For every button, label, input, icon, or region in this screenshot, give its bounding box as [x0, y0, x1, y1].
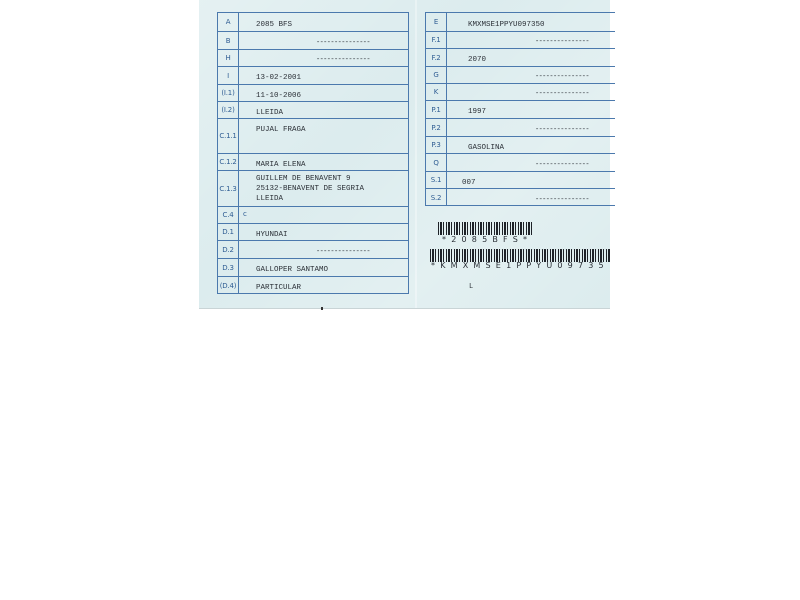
field-code: (I.2)	[218, 102, 239, 118]
field-code: S.1	[426, 172, 447, 188]
field-row-c11: C.1.1PUJAL FRAGA	[218, 119, 408, 154]
field-value: 2085 BFS	[256, 20, 292, 30]
field-code: (I.1)	[218, 85, 239, 101]
field-code: S.2	[426, 189, 447, 206]
plate-barcode-text: *2085BFS*	[442, 235, 532, 244]
field-row-s1: S.1007	[426, 172, 615, 189]
field-code: F.2	[426, 49, 447, 66]
field-value: 007	[462, 178, 476, 188]
field-value: GUILLEM DE BENAVENT 9 25132-BENAVENT DE …	[256, 174, 364, 204]
field-row-c4: C.4c	[218, 207, 408, 224]
field-row-c13: C.1.3GUILLEM DE BENAVENT 9 25132-BENAVEN…	[218, 171, 408, 207]
field-code: D.1	[218, 224, 239, 240]
left-field-table: A2085 BFSB---------------H--------------…	[217, 12, 409, 294]
field-row-p2: P.2---------------	[426, 119, 615, 137]
field-row-p1: P.11997	[426, 101, 615, 119]
field-code: C.1.1	[218, 119, 239, 153]
blank-field-placeholder: ---------------	[316, 39, 370, 47]
footer-mark: L	[469, 283, 473, 291]
field-code: H	[218, 50, 239, 66]
field-value: HYUNDAI	[256, 230, 288, 240]
field-row-h: H---------------	[218, 50, 408, 67]
field-row-g: G---------------	[426, 67, 615, 84]
field-code: P.2	[426, 119, 447, 136]
scan-dot	[321, 307, 323, 310]
field-code: E	[426, 13, 447, 31]
blank-field-placeholder: ---------------	[535, 161, 589, 169]
field-code: A	[218, 13, 239, 31]
field-row-b: B---------------	[218, 32, 408, 50]
field-row-d1: D.1HYUNDAI	[218, 224, 408, 241]
field-row-s2: S.2---------------	[426, 189, 615, 206]
vin-barcode-text: *KMXMSE1PPYU09735	[431, 261, 609, 270]
field-value: MARIA ELENA	[256, 160, 306, 170]
field-code: P.1	[426, 101, 447, 118]
blank-field-placeholder: ---------------	[535, 126, 589, 134]
field-row-a: A2085 BFS	[218, 13, 408, 32]
field-value: GASOLINA	[468, 143, 504, 153]
field-code: Q	[426, 154, 447, 171]
field-code: F.1	[426, 32, 447, 48]
field-row-k: K---------------	[426, 84, 615, 101]
field-code: D.2	[218, 241, 239, 258]
field-code: (D.4)	[218, 277, 239, 294]
field-value: LLEIDA	[256, 108, 283, 118]
field-value: c	[243, 210, 247, 218]
field-row-f1: F.1---------------	[426, 32, 615, 49]
field-row-f2: F.22070	[426, 49, 615, 67]
blank-field-placeholder: ---------------	[316, 248, 370, 256]
field-row-p3: P.3GASOLINA	[426, 137, 615, 154]
field-row-e: EKMXMSE1PPYU097350	[426, 13, 615, 32]
field-value: 2070	[468, 55, 486, 65]
field-code: I	[218, 67, 239, 84]
field-row-c12: C.1.2MARIA ELENA	[218, 154, 408, 171]
field-code: P.3	[426, 137, 447, 153]
field-code: C.1.3	[218, 171, 239, 206]
field-code: G	[426, 67, 447, 83]
field-code: D.3	[218, 259, 239, 276]
field-row-d2: D.2---------------	[218, 241, 408, 259]
field-row-i2: (I.2)LLEIDA	[218, 102, 408, 119]
field-row-d4: (D.4)PARTICULAR	[218, 277, 408, 294]
right-field-table: EKMXMSE1PPYU097350F.1---------------F.22…	[425, 12, 615, 206]
field-value: PARTICULAR	[256, 283, 301, 293]
page-fold	[415, 0, 417, 308]
field-code: K	[426, 84, 447, 100]
field-code: B	[218, 32, 239, 49]
blank-field-placeholder: ---------------	[535, 90, 589, 98]
field-value: GALLOPER SANTAMO	[256, 265, 328, 275]
field-value: PUJAL FRAGA	[256, 125, 306, 135]
blank-field-placeholder: ---------------	[535, 38, 589, 46]
field-row-i1: (I.1)11-10-2006	[218, 85, 408, 102]
plate-barcode	[438, 222, 534, 235]
field-row-i: I13-02-2001	[218, 67, 408, 85]
field-value: KMXMSE1PPYU097350	[468, 20, 545, 30]
field-row-q: Q---------------	[426, 154, 615, 172]
field-value: 1997	[468, 107, 486, 117]
field-code: C.1.2	[218, 154, 239, 170]
blank-field-placeholder: ---------------	[535, 196, 589, 204]
blank-field-placeholder: ---------------	[535, 73, 589, 81]
field-value: 13-02-2001	[256, 73, 301, 83]
field-row-d3: D.3GALLOPER SANTAMO	[218, 259, 408, 277]
blank-field-placeholder: ---------------	[316, 56, 370, 64]
field-code: C.4	[218, 207, 239, 223]
field-value: 11-10-2006	[256, 91, 301, 101]
